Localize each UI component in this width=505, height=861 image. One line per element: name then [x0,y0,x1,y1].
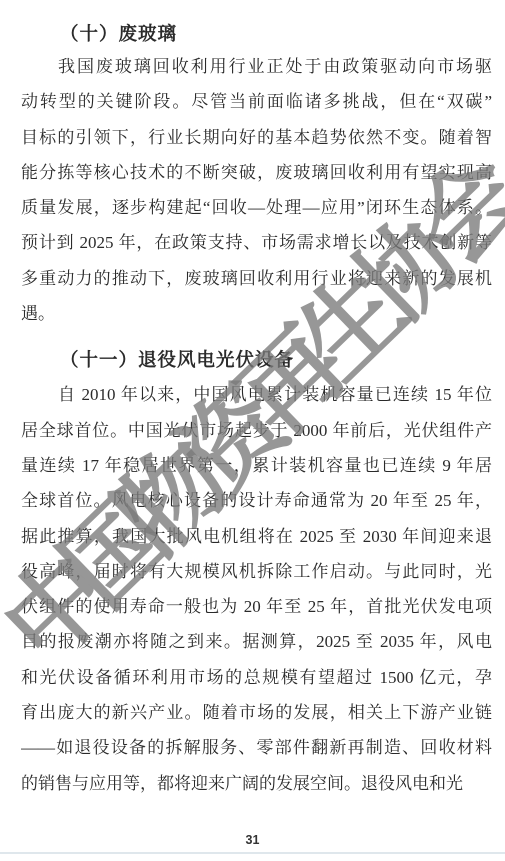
page-content: （十）废玻璃 我国废玻璃回收利用行业正处于由政策驱动向市场驱动转型的关键阶段。尽… [0,0,505,801]
text-line: 动转型的关键阶段。尽管当前面临诸多挑战，但在“双碳” [21,84,492,119]
text-line: 居全球首位。中国光伏市场起步于 2000 年前后，光伏组件产 [21,413,492,448]
text-line: 我国废玻璃回收利用行业正处于由政策驱动向市场驱 [21,49,492,84]
paragraph-waste-glass: 我国废玻璃回收利用行业正处于由政策驱动向市场驱动转型的关键阶段。尽管当前面临诸多… [21,49,492,331]
text-line: 量连续 17 年稳居世界第一，累计装机容量也已连续 9 年居 [21,448,492,483]
text-line: 的销售与应用等，都将迎来广阔的发展空间。退役风电和光 [21,766,492,801]
text-line: 预计到 2025 年，在政策支持、市场需求增长以及技术创新等 [21,225,492,260]
section-heading-waste-glass: （十）废玻璃 [21,23,492,47]
text-line: 遇。 [21,296,492,331]
text-line: 伏组件的使用寿命一般也为 20 年至 25 年，首批光伏发电项 [21,589,492,624]
text-line: 目标的引领下，行业长期向好的基本趋势依然不变。随着智 [21,120,492,155]
text-line: 多重动力的推动下，废玻璃回收利用行业将迎来新的发展机 [21,261,492,296]
text-line: 役高峰，届时将有大规模风机拆除工作启动。与此同时，光 [21,554,492,589]
text-line: 和光伏设备循环利用市场的总规模有望超过 1500 亿元，孕 [21,660,492,695]
text-line: 自 2010 年以来，中国风电累计装机容量已连续 15 年位 [21,377,492,412]
section-heading-retired-wind-pv: （十一）退役风电光伏设备 [21,349,492,373]
text-line: 能分拣等核心技术的不断突破，废玻璃回收利用有望实现高 [21,155,492,190]
document-page: 中国物资再生协会 （十）废玻璃 我国废玻璃回收利用行业正处于由政策驱动向市场驱动… [0,0,505,861]
text-line: 全球首位。风电核心设备的设计寿命通常为 20 年至 25 年， [21,483,492,518]
text-line: ——如退役设备的拆解服务、零部件翻新再制造、回收材料 [21,730,492,765]
page-number: 31 [0,833,505,847]
paragraph-retired-wind-pv: 自 2010 年以来，中国风电累计装机容量已连续 15 年位居全球首位。中国光伏… [21,377,492,801]
text-line: 质量发展，逐步构建起“回收—处理—应用”闭环生态体系。 [21,190,492,225]
text-line: 目的报废潮亦将随之到来。据测算，2025 至 2035 年，风电 [21,624,492,659]
text-line: 育出庞大的新兴产业。随着市场的发展，相关上下游产业链 [21,695,492,730]
text-line: 据此推算，我国大批风电机组将在 2025 至 2030 年间迎来退 [21,519,492,554]
page-bottom-divider [0,852,505,854]
